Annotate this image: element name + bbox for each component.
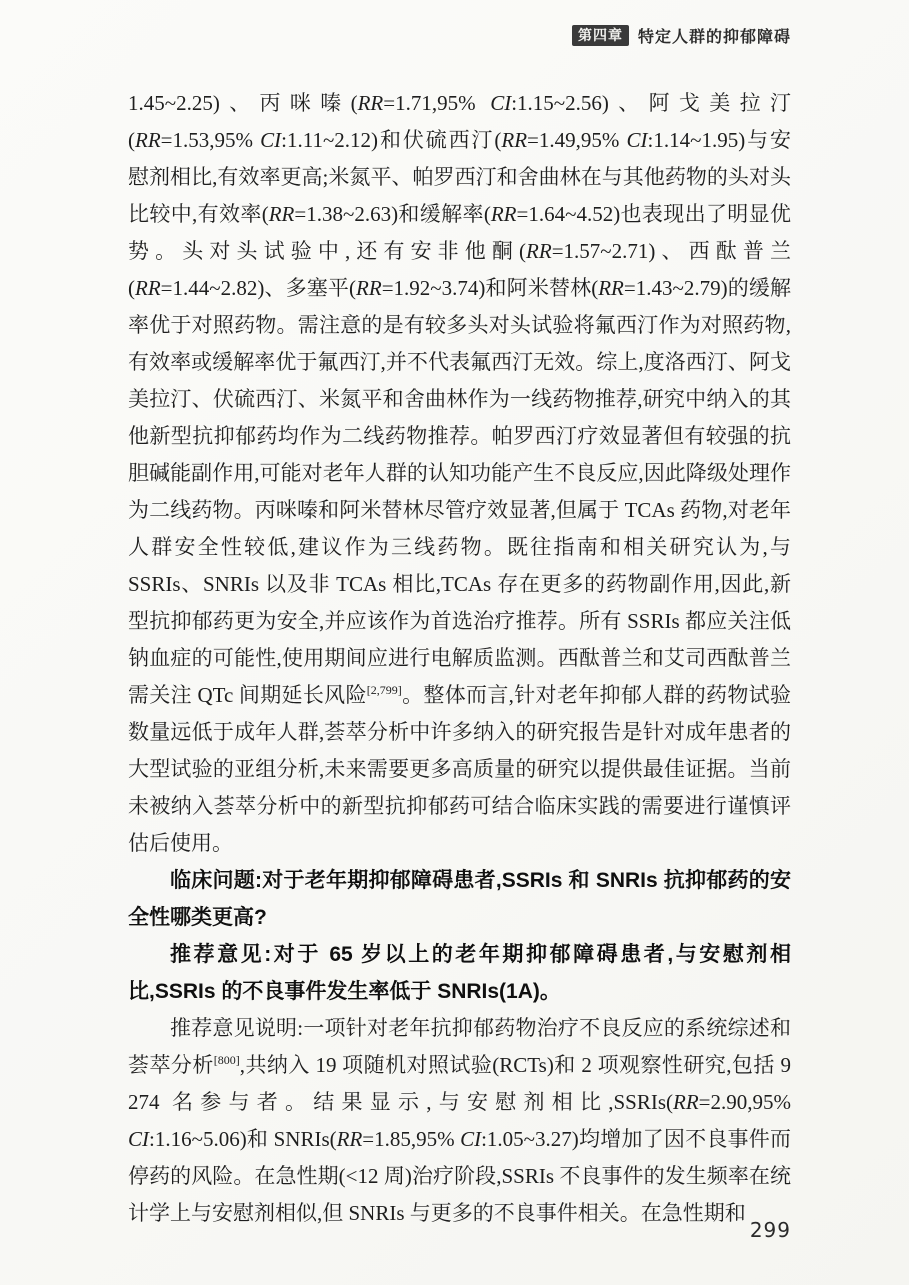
chapter-badge: 第四章 [572,25,629,46]
page-number: 299 [750,1218,791,1242]
paragraph-continuation: 1.45~2.25)、丙咪嗪(RR=1.71,95% CI:1.15~2.56)… [128,85,791,862]
paragraph-clinical-question: 临床问题:对于老年期抑郁障碍患者,SSRIs 和 SNRIs 抗抑郁药的安全性哪… [128,862,791,936]
page-header: 第四章 特定人群的抑郁障碍 [572,24,791,47]
page-body: 1.45~2.25)、丙咪嗪(RR=1.71,95% CI:1.15~2.56)… [128,85,791,1232]
chapter-title: 特定人群的抑郁障碍 [638,24,791,47]
paragraph-recommendation-explanation: 推荐意见说明:一项针对老年抗抑郁药物治疗不良反应的系统综述和荟萃分析[800],… [128,1010,791,1232]
paragraph-recommendation: 推荐意见:对于 65 岁以上的老年期抑郁障碍患者,与安慰剂相比,SSRIs 的不… [128,936,791,1010]
book-page: 第四章 特定人群的抑郁障碍 1.45~2.25)、丙咪嗪(RR=1.71,95%… [0,0,909,1285]
